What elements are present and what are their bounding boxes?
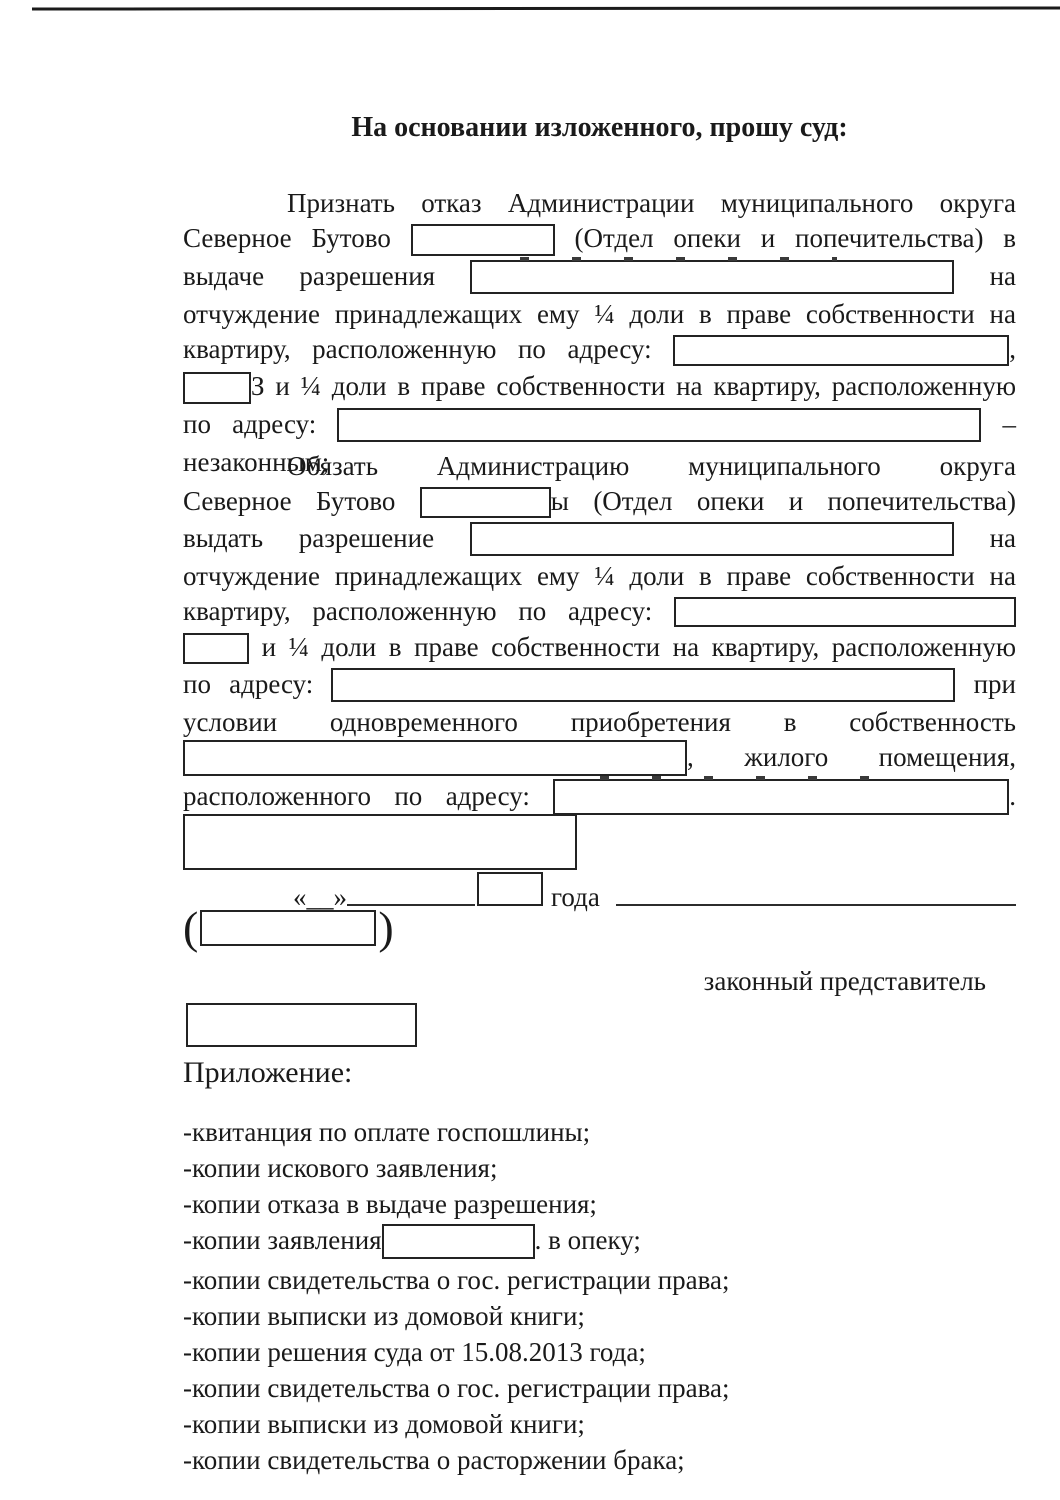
text-line: З и ¼ доли в праве собственности на квар… <box>183 369 1016 406</box>
text-run: квартиру, расположенную по адресу: <box>183 334 652 364</box>
text-run: по адресу: <box>183 409 316 439</box>
text-run: -копии искового заявления; <box>183 1153 497 1183</box>
redaction-rect <box>674 597 1016 627</box>
text-run: (Отдел опеки и попечительства) <box>593 486 1016 516</box>
text-run: квартиру, расположенную по адресу: <box>183 596 652 626</box>
text-run: -копии решения суда от 15.08.2013 года; <box>183 1337 646 1367</box>
text-run: -копии свидетельства о гос. регистрации … <box>183 1373 730 1403</box>
text-run: -копии отказа в выдаче разрешения; <box>183 1189 597 1219</box>
redaction-box <box>411 223 555 253</box>
text-run: . <box>1009 781 1016 811</box>
text-line: отчуждение принадлежащих ему ¼ доли в пр… <box>183 297 1016 332</box>
text-run: условии одновременного приобретения в со… <box>183 707 1016 737</box>
petition-claim-2-paragraph: Обязать Администрацию муниципального окр… <box>183 449 1016 872</box>
text-run: Признать отказ Администрации муниципальн… <box>287 188 1016 218</box>
redaction-box <box>331 669 955 699</box>
text-line: , жилого помещения, <box>183 740 1016 779</box>
attachments-list: -квитанция по оплате госпошлины;-копии и… <box>183 1114 1016 1478</box>
text-run: при <box>974 669 1016 699</box>
text-line: -копии выписки из домовой книги; <box>183 1406 1016 1442</box>
redaction-box <box>470 523 954 553</box>
text-run: , <box>1009 334 1016 364</box>
text-line: квартиру, расположенную по адресу: <box>183 594 1016 630</box>
text-line <box>183 814 1016 872</box>
redaction-rect <box>382 1224 535 1259</box>
text-line: Северное Бутово ы (Отдел опеки и попечит… <box>183 484 1016 521</box>
text-run: по адресу: <box>183 669 313 699</box>
text-run: и ¼ доли в праве собственности на кварти… <box>275 371 1016 401</box>
text-run: Северное Бутово <box>183 486 395 516</box>
text-line: по адресу: при <box>183 667 1016 705</box>
text-run: в опеку; <box>548 1225 641 1255</box>
redaction-box <box>200 910 376 946</box>
text-line: -копии отказа в выдаче разрешения; <box>183 1186 1016 1222</box>
paren-close: ) <box>378 905 393 951</box>
text-line: -квитанция по оплате госпошлины; <box>183 1114 1016 1150</box>
redaction-rect <box>553 779 1009 815</box>
redaction-rect <box>420 487 551 518</box>
text-run: Северное Бутово <box>183 223 391 253</box>
text-run: , <box>687 742 694 772</box>
redaction-rect <box>470 522 954 556</box>
text-line: условии одновременного приобретения в со… <box>183 705 1016 740</box>
redaction-box <box>183 632 249 662</box>
text-run: (Отдел опеки и попечительства) в <box>574 223 1016 253</box>
text-run: -копии выписки из домовой книги; <box>183 1409 585 1439</box>
text-run: отчуждение принадлежащих ему ¼ доли в пр… <box>183 561 1016 591</box>
text-run: на <box>990 523 1016 553</box>
signature-blank-underline <box>616 904 1016 906</box>
text-line: Северное Бутово (Отдел опеки и попечител… <box>183 221 1016 258</box>
text-run: расположенного по адресу: <box>183 781 530 811</box>
redaction-box: З <box>183 371 265 401</box>
text-run: Обязать Администрацию муниципального окр… <box>287 451 1016 481</box>
text-line: -копии свидетельства о гос. регистрации … <box>183 1262 1016 1298</box>
text-line: Признать отказ Администрации муниципальн… <box>183 186 1016 221</box>
text-line: -копии выписки из домовой книги; <box>183 1298 1016 1334</box>
attachments-heading: Приложение: <box>183 1056 1016 1090</box>
text-run: жилого помещения, <box>744 742 1016 772</box>
text-run: выдаче разрешения <box>183 261 435 291</box>
redaction-box: . <box>553 781 1016 811</box>
text-run: – <box>1003 409 1017 439</box>
scan-edge-artifact-line <box>32 6 1060 10</box>
redaction-rect <box>183 372 251 404</box>
redaction-box <box>470 261 954 291</box>
text-run: и ¼ доли в праве собственности на кварти… <box>262 632 1016 662</box>
text-line: квартиру, расположенную по адресу: , <box>183 332 1016 369</box>
petition-claim-1-paragraph: Признать отказ Администрации муниципальн… <box>183 186 1016 480</box>
redaction-box <box>477 872 543 906</box>
redaction-rect <box>470 260 954 294</box>
paren-open: ( <box>183 905 198 951</box>
redaction-box <box>674 596 1016 626</box>
text-line: -копии заявления. в опеку; <box>183 1222 1016 1262</box>
redaction-box <box>337 409 981 439</box>
text-run: -квитанция по оплате госпошлины; <box>183 1117 590 1147</box>
redaction-box <box>183 826 577 856</box>
text-run: -копии выписки из домовой книги; <box>183 1301 585 1331</box>
text-line: и ¼ доли в праве собственности на кварти… <box>183 630 1016 667</box>
redaction-rect <box>411 224 555 256</box>
name-in-parentheses-line: ( ) <box>183 905 603 951</box>
redaction-rect <box>183 633 249 664</box>
text-run: выдать разрешение <box>183 523 434 553</box>
redaction-rect <box>183 740 687 776</box>
redaction-box: , <box>183 742 694 772</box>
text-line: -копии свидетельства о расторжении брака… <box>183 1442 1016 1478</box>
redaction-box: . <box>382 1225 542 1255</box>
text-run: ы <box>551 486 569 516</box>
text-run: отчуждение принадлежащих ему ¼ доли в пр… <box>183 299 1016 329</box>
text-run: на <box>990 261 1016 291</box>
text-line: -копии решения суда от 15.08.2013 года; <box>183 1334 1016 1370</box>
text-line: Обязать Администрацию муниципального окр… <box>183 449 1016 484</box>
text-line: выдать разрешение на <box>183 521 1016 559</box>
text-line: -копии искового заявления; <box>183 1150 1016 1186</box>
text-line: -копии свидетельства о гос. регистрации … <box>183 1370 1016 1406</box>
redaction-rect <box>331 668 955 702</box>
text-run: -копии заявления <box>183 1225 382 1255</box>
scanned-court-petition-page: На основании изложенного, прошу суд: При… <box>0 0 1060 1500</box>
text-line: расположенного по адресу: . <box>183 779 1016 818</box>
text-run: З <box>251 371 265 401</box>
redaction-box: ы <box>420 486 569 516</box>
redaction-rect <box>183 814 577 870</box>
text-line: отчуждение принадлежащих ему ¼ доли в пр… <box>183 559 1016 594</box>
text-run: -копии свидетельства о расторжении брака… <box>183 1445 685 1475</box>
text-run: -копии свидетельства о гос. регистрации … <box>183 1265 730 1295</box>
redaction-rect <box>673 335 1009 366</box>
redaction-rect <box>337 408 981 442</box>
legal-representative-label: законный представитель <box>183 966 1016 997</box>
redaction-box <box>186 1003 417 1047</box>
redaction-box: , <box>673 334 1016 364</box>
text-line: выдаче разрешения на <box>183 259 1016 297</box>
text-line: по адресу: – <box>183 407 1016 445</box>
text-run: . <box>535 1225 542 1255</box>
page-title: На основании изложенного, прошу суд: <box>183 112 1016 144</box>
